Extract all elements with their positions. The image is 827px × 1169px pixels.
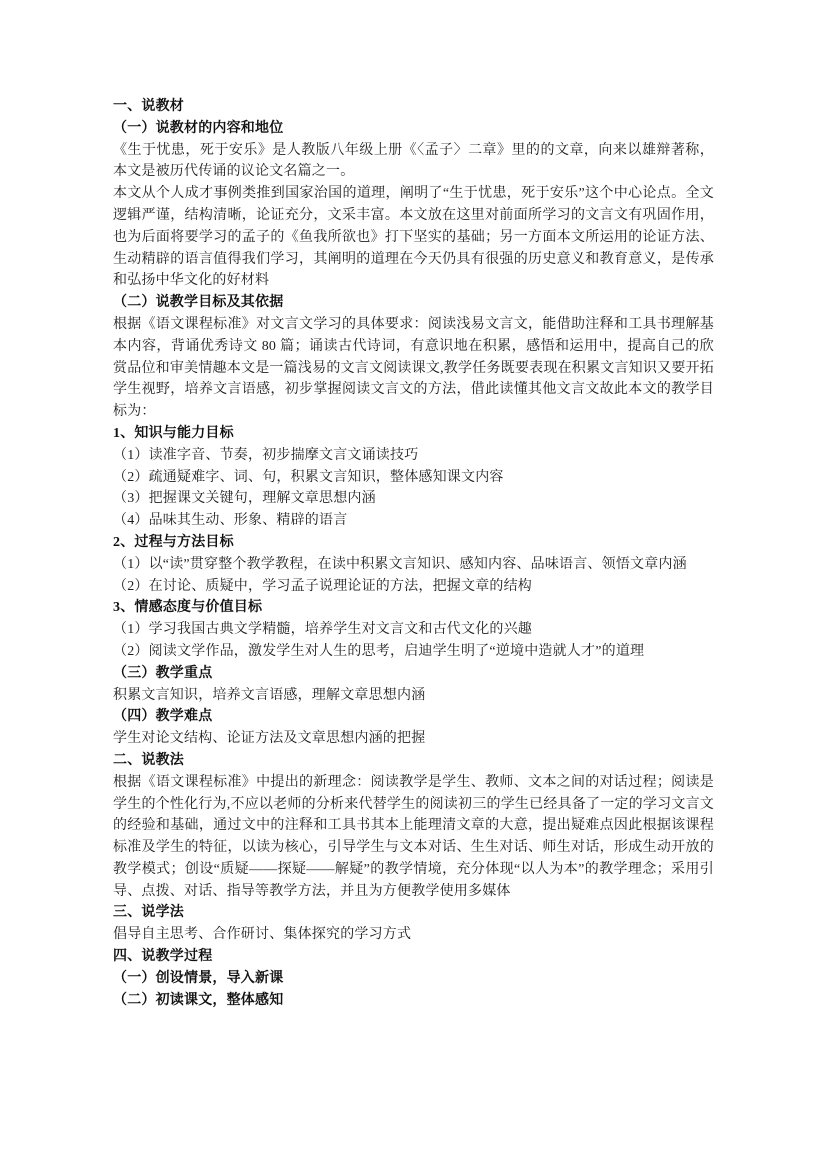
paragraph: （4）品味其生动、形象、精辟的语言 [113, 510, 714, 532]
section-heading: 一、说教材 [113, 96, 714, 118]
paragraph: 根据《语文课程标准》中提出的新理念：阅读教学是学生、教师、文本之间的对话过程；阅… [113, 772, 714, 903]
paragraph: 倡导自主思考、合作研讨、集体探究的学习方式 [113, 924, 714, 946]
section-heading: （一）创设情景，导入新课 [113, 968, 714, 990]
section-heading: 3、情感态度与价值目标 [113, 597, 714, 619]
section-heading: （一）说教材的内容和地位 [113, 118, 714, 140]
paragraph: （2）在讨论、质疑中，学习孟子说理论证的方法，把握文章的结构 [113, 576, 714, 598]
paragraph: （1）以“读”贯穿整个教学教程，在读中积累文言知识、感知内容、品味语言、领悟文章… [113, 554, 714, 576]
section-heading: （二）初读课文，整体感知 [113, 990, 714, 1012]
section-heading: 四、说教学过程 [113, 946, 714, 968]
paragraph: 《生于忧患，死于安乐》是人教版八年级上册《〈孟子〉二章》里的的文章，向来以雄辩著… [113, 140, 714, 184]
section-heading: 1、知识与能力目标 [113, 423, 714, 445]
paragraph: 积累文言知识，培养文言语感，理解文章思想内涵 [113, 685, 714, 707]
section-heading: 2、过程与方法目标 [113, 532, 714, 554]
paragraph: （3）把握课文关键句，理解文章思想内涵 [113, 488, 714, 510]
section-heading: （二）说教学目标及其依据 [113, 292, 714, 314]
paragraph: （1）学习我国古典文学精髓，培养学生对文言文和古代文化的兴趣 [113, 619, 714, 641]
section-heading: 三、说学法 [113, 902, 714, 924]
section-heading: 二、说教法 [113, 750, 714, 772]
section-heading: （三）教学重点 [113, 663, 714, 685]
paragraph: 本文从个人成才事例类推到国家治国的道理，阐明了“生于忧患，死于安乐”这个中心论点… [113, 183, 714, 292]
paragraph: （2）疏通疑难字、词、句，积累文言知识，整体感知课文内容 [113, 467, 714, 489]
paragraph: 根据《语文课程标准》对文言文学习的具体要求：阅读浅易文言文，能借助注释和工具书理… [113, 314, 714, 423]
section-heading: （四）教学难点 [113, 706, 714, 728]
document-body: 一、说教材（一）说教材的内容和地位《生于忧患，死于安乐》是人教版八年级上册《〈孟… [113, 96, 714, 1011]
paragraph: 学生对论文结构、论证方法及文章思想内涵的把握 [113, 728, 714, 750]
paragraph: （2）阅读文学作品，激发学生对人生的思考，启迪学生明了“逆境中造就人才”的道理 [113, 641, 714, 663]
document-page: 一、说教材（一）说教材的内容和地位《生于忧患，死于安乐》是人教版八年级上册《〈孟… [0, 0, 827, 1169]
paragraph: （1）读准字音、节奏，初步揣摩文言文诵读技巧 [113, 445, 714, 467]
